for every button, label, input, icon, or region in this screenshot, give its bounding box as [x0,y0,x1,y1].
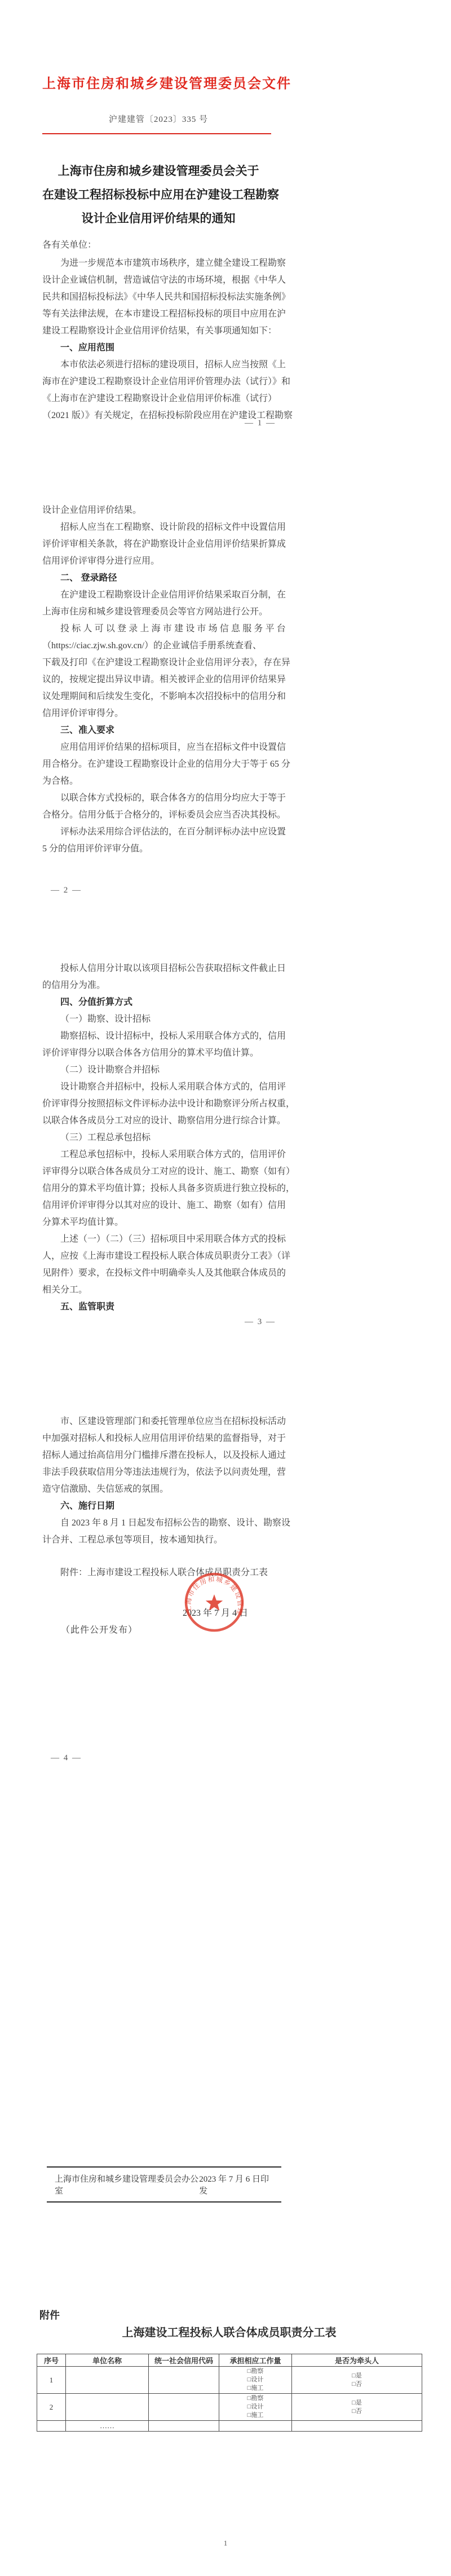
checkbox-option: □勘察 [220,2394,290,2403]
body-line: 下载及打印《在沪建设工程勘察设计企业信用评分表》，存在异 [42,654,276,671]
cell-leader [292,2421,422,2432]
document-scan: 上海市住房和城乡建设管理委员会文件 沪建建管〔2023〕335 号 上海市住房和… [0,0,451,2576]
body-line: 投标人可以登录上海市建设市场信息服务平台 [42,621,276,638]
body-line: 上述（一）（二）（三）招标项目中采用联合体方式的投标 [42,1231,276,1248]
print-office: 上海市住房和城乡建设管理委员会办公室 [55,2173,199,2196]
print-date: 2023 年 7 月 6 日印发 [199,2173,273,2196]
attachment-label: 附件 [39,2307,60,2322]
attachment-page-number: 1 [0,2539,451,2548]
body-line: 5 分的信用评价评审分值。 [42,841,276,858]
body-line: 设计企业信用评价结果。 [42,502,276,519]
checkbox-option: □设计 [220,2403,290,2411]
table-header-row: 序号 单位名称 统一社会信用代码 承担相应工作量 是否为牵头人 [37,2354,422,2367]
cell-no: 1 [37,2367,66,2394]
body-line: 造守信激励、失信惩戒的氛围。 [42,1481,276,1498]
body-line: 海市在沪建设工程勘察设计企业信用评价管理办法（试行）》和 [42,373,276,390]
body-line: （一）勘察、设计招标 [42,1011,276,1028]
cell-credit-code [149,2367,219,2394]
section-heading: 六、施行日期 [42,1498,276,1515]
body-line: 信用分的算术平均值计算；投标人具备多资质进行独立投标的， [42,1180,276,1197]
table-row: 1 □勘察 □设计 □施工 □是 □否 [37,2367,422,2394]
body-line: 招标人通过抬高信用分门槛排斥潜在投标人，以及投标人通过 [42,1447,276,1464]
body-line: 在沪建设工程勘察设计企业信用评价结果采取百分制，在 [42,587,276,604]
page-4-body: 市、区建设管理部门和委托管理单位应当在招标投标活动 中加强对招标人和投标人应用信… [42,1413,276,1549]
body-line: 民共和国招标投标法》《中华人民共和国招标投标法实施条例》 [42,289,276,306]
body-line: 建设工程勘察设计企业信用评价结果，有关事项通知如下： [42,323,276,340]
body-line: 市、区建设管理部门和委托管理单位应当在招标投标活动 [42,1413,276,1430]
body-line: 见附件）要求，在投标文件中明确牵头人及其他联合体成员的 [42,1265,276,1282]
cell-no [37,2421,66,2432]
checkbox-option: □施工 [220,2384,290,2393]
body-line: 议处理期间和后续发生变化，不影响本次招投标中的信用分和 [42,688,276,705]
body-line: 以联合体各成员分工对应的设计、勘察信用分进行综合计算。 [42,1113,276,1129]
cell-workload: □勘察 □设计 □施工 [219,2394,292,2421]
section-heading: 五、监管职责 [42,1299,276,1316]
cell-unit-name [66,2394,149,2421]
cell-credit-code [149,2394,219,2421]
body-line: 信用评价评审得分进行应用。 [42,553,276,570]
body-line: 信用评价评审得分。 [42,705,276,722]
sign-date: 2023 年 7 月 4 日 [176,1606,255,1619]
col-header-unit-name: 单位名称 [66,2354,149,2367]
cell-leader: □是 □否 [292,2394,422,2421]
title-line: 设计企业信用评价结果的通知 [42,206,275,230]
attachment-reference: 附件：上海市建设工程投标人联合体成员职责分工表 [42,1564,276,1581]
cell-credit-code [149,2421,219,2432]
body-line: 评审得分以联合体各成员分工对应的设计、施工、勘察（如有） [42,1163,276,1180]
cell-unit-name: …… [66,2421,149,2432]
attachment-table: 序号 单位名称 统一社会信用代码 承担相应工作量 是否为牵头人 1 □勘察 □设… [37,2354,422,2432]
checkbox-option: □否 [293,2380,421,2389]
page-number-4: — 4 — [42,1753,284,1763]
body-line: 勘察招标、设计招标中，投标人采用联合体方式的，信用 [42,1028,276,1045]
body-line: 设计勘察合并招标中，投标人采用联合体方式的，信用评 [42,1079,276,1096]
checkbox-option: □是 [293,2372,421,2380]
checkbox-option: □否 [293,2407,421,2416]
body-line: 为进一步规范本市建筑市场秩序，建立健全建设工程勘察 [42,255,276,272]
body-line: 人，应按《上海市建设工程投标人联合体成员职责分工表》（详 [42,1248,276,1265]
salutation: 各有关单位： [42,237,275,254]
page-3-body: 投标人信用分计取以该项目招标公告获取招标文件截止日 的信用分为准。 四、分值折算… [42,960,276,1316]
print-footer: 上海市住房和城乡建设管理委员会办公室 2023 年 7 月 6 日印发 [47,2166,281,2203]
body-line: 议的，按规定提出异议申请。相关被评企业的信用评价结果异 [42,671,276,688]
checkbox-option: □勘察 [220,2367,290,2376]
document-title: 上海市住房和城乡建设管理委员会关于 在建设工程招标投标中应用在沪建设工程勘察 设… [42,159,275,230]
section-heading: 四、分值折算方式 [42,994,276,1011]
body-line: 计合并、工程总承包等项目，按本通知执行。 [42,1532,276,1549]
attachment-table-title: 上海建设工程投标人联合体成员职责分工表 [37,2323,422,2340]
seal-ring [186,1574,242,1630]
body-line: （二）设计勘察合并招标 [42,1062,276,1079]
body-line: 信用评价评审得分以其对应的设计、施工、勘察（如有）信用 [42,1197,276,1214]
body-line: 中加强对招标人和投标人应用信用评价结果的监督指导，对于 [42,1430,276,1447]
body-line: 等有关法律法规，在本市建设工程招标投标的项目中应用在沪 [42,306,276,323]
body-line: 自 2023 年 8 月 1 日起发布招标公告的勘察、设计、勘察设 [42,1515,276,1532]
public-release-note: （此件公开发布） [61,1623,138,1636]
body-line: 评价评审相关条款，将在沪勘察设计企业信用评价结果折算成 [42,536,276,553]
section-heading: 一、应用范围 [42,340,276,357]
col-header-credit-code: 统一社会信用代码 [149,2354,219,2367]
body-line: 设计企业诚信机制，营造诚信守法的市场环境，根据《中华人 [42,272,276,289]
page-number-3: — 3 — [42,1317,276,1327]
body-line: 评标办法采用综合评估法的，在百分制评标办法中应设置 [42,824,276,841]
body-line: 应用信用评价结果的招标项目，应当在招标文件中设置信 [42,739,276,756]
body-line: 上海市住房和城乡建设管理委员会等官方网站进行公开。 [42,604,276,621]
page-1-body: 为进一步规范本市建筑市场秩序，建立健全建设工程勘察 设计企业诚信机制，营造诚信守… [42,255,276,424]
body-line: 用合格分。在沪建设工程勘察设计企业的信用分大于等于 65 分 [42,756,276,773]
body-line: 为合格。 [42,773,276,790]
section-heading: 二、 登录路径 [42,570,276,587]
body-line: 价评审得分按照招标文件评标办法中设计和勘察评分所占权重， [42,1096,276,1113]
cell-workload [219,2421,292,2432]
body-line: （https://ciac.zjw.sh.gov.cn/）的企业诚信手册系统查看… [42,638,276,654]
col-header-workload: 承担相应工作量 [219,2354,292,2367]
page-2-body: 设计企业信用评价结果。 招标人应当在工程勘察、设计阶段的招标文件中设置信用 评价… [42,502,276,858]
table-row: 2 □勘察 □设计 □施工 □是 □否 [37,2394,422,2421]
cell-leader: □是 □否 [292,2367,422,2394]
title-line: 上海市住房和城乡建设管理委员会关于 [42,159,275,183]
body-line: 投标人信用分计取以该项目招标公告获取招标文件截止日 [42,960,276,977]
body-line: 相关分工。 [42,1282,276,1299]
checkbox-option: □施工 [220,2411,290,2420]
cell-workload: □勘察 □设计 □施工 [219,2367,292,2394]
body-line: 非法手段获取信用分等违法违规行为，依法予以问责处理，营 [42,1464,276,1481]
body-line: 招标人应当在工程勘察、设计阶段的招标文件中设置信用 [42,519,276,536]
col-header-no: 序号 [37,2354,66,2367]
body-line: （三）工程总承包招标 [42,1129,276,1146]
body-line: 分算术平均值计算。 [42,1214,276,1231]
checkbox-option: □是 [293,2399,421,2407]
col-header-leader: 是否为牵头人 [292,2354,422,2367]
body-line: 附件：上海市建设工程投标人联合体成员职责分工表 [42,1564,276,1581]
section-heading: 三、准入要求 [42,722,276,739]
body-line: 的信用分为准。 [42,977,276,994]
body-line: 评价评审得分以联合体各方信用分的算术平均值计算。 [42,1045,276,1062]
table-row: …… [37,2421,422,2432]
body-line: 本市依法必须进行招标的建设项目，招标人应当按照《上 [42,357,276,373]
page-number-2: — 2 — [42,886,284,895]
title-line: 在建设工程招标投标中应用在沪建设工程勘察 [42,183,275,206]
letterhead-rule [42,133,271,134]
body-line: 以联合体方式投标的，联合体各方的信用分均应大于等于 [42,790,276,807]
body-line: 《上海市在沪建设工程勘察设计企业信用评价标准（试行） [42,390,276,407]
body-line: 工程总承包招标中，投标人采用联合体方式的，信用评价 [42,1146,276,1163]
page-number-1: — 1 — [42,419,276,428]
doc-number: 沪建建管〔2023〕335 号 [42,113,275,125]
cell-no: 2 [37,2394,66,2421]
cell-unit-name [66,2367,149,2394]
body-line: 合格分。信用分低于合格分的，评标委员会应当否决其投标。 [42,807,276,824]
checkbox-option: □设计 [220,2376,290,2384]
agency-header: 上海市住房和城乡建设管理委员会文件 [42,72,275,92]
